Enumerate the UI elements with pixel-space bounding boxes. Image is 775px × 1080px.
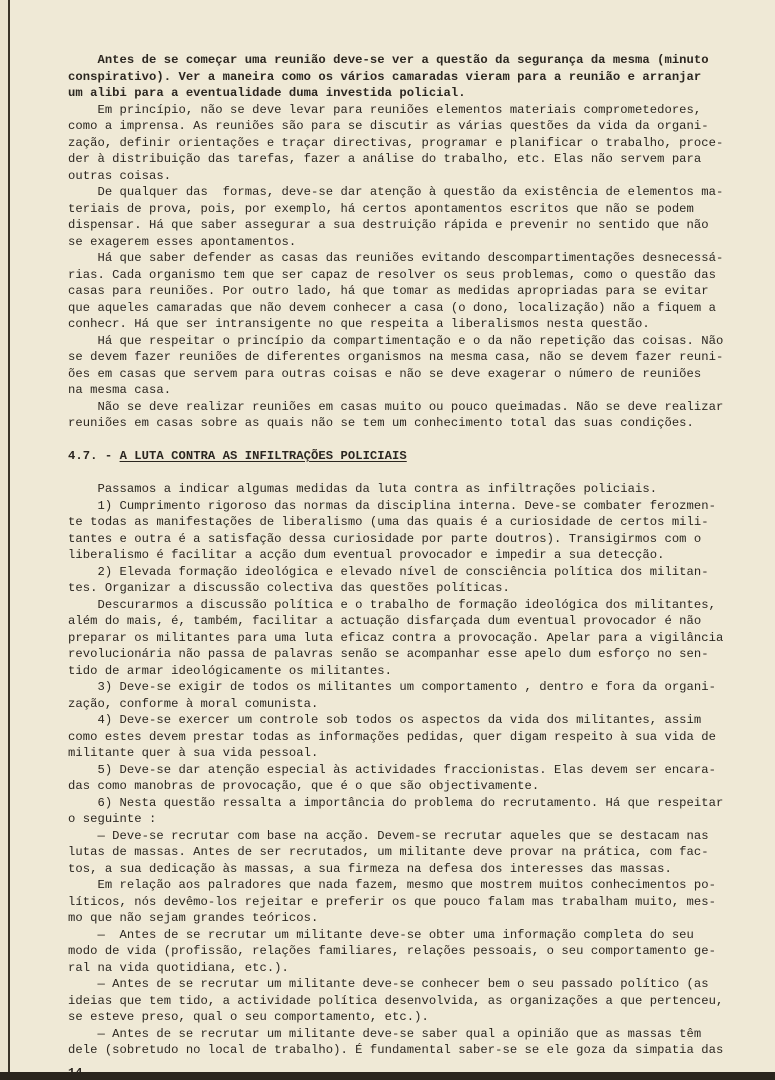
text-line: ões em casas que servem para outras cois…	[68, 366, 748, 383]
text-line: tes. Organizar a discussão colectiva das…	[68, 580, 748, 597]
text-line: Passamos a indicar algumas medidas da lu…	[68, 481, 748, 498]
text-line: preparar os militantes para uma luta efi…	[68, 630, 748, 647]
text-line: De qualquer das formas, deve-se dar aten…	[68, 184, 748, 201]
text-line: tantes e outra é a satisfação dessa curi…	[68, 531, 748, 548]
text-line: 2) Elevada formação ideológica e elevado…	[68, 564, 748, 581]
text-line: — Antes de se recrutar um militante deve…	[68, 1026, 748, 1043]
text-line: além do mais, é, também, facilitar a act…	[68, 613, 748, 630]
text-line: se exagerem esses apontamentos.	[68, 234, 748, 251]
text-line: outras coisas.	[68, 168, 748, 185]
text-line: der à distribuição das tarefas, fazer a …	[68, 151, 748, 168]
text-line: líticos, nós devêmo-los rejeitar e prefe…	[68, 894, 748, 911]
text-line: Há que saber defender as casas das reuni…	[68, 250, 748, 267]
text-line: — Deve-se recrutar com base na acção. De…	[68, 828, 748, 845]
text-line: na mesma casa.	[68, 382, 748, 399]
text-line: ral na vida quotidiana, etc.).	[68, 960, 748, 977]
text-line: 4) Deve-se exercer um controle sob todos…	[68, 712, 748, 729]
text-line: — Antes de se recrutar um militante deve…	[68, 976, 748, 993]
section-security-meetings: Antes de se começar uma reunião deve-se …	[68, 52, 748, 432]
text-line: reuniões em casas sobre as quais não se …	[68, 415, 748, 432]
section-title: A LUTA CONTRA AS INFILTRAÇÕES POLICIAIS	[120, 449, 407, 463]
text-line: 3) Deve-se exigir de todos os militantes…	[68, 679, 748, 696]
text-line: militante quer à sua vida pessoal.	[68, 745, 748, 762]
text-line: como a imprensa. As reuniões são para se…	[68, 118, 748, 135]
text-line: Antes de se começar uma reunião deve-se …	[68, 52, 748, 69]
text-line: Em relação aos palradores que nada fazem…	[68, 877, 748, 894]
section-number: 4.7. -	[68, 449, 112, 463]
text-line: conspirativo). Ver a maneira como os vár…	[68, 69, 748, 86]
text-line: como estes devem prestar todas as inform…	[68, 729, 748, 746]
text-line: 5) Deve-se dar atenção especial às activ…	[68, 762, 748, 779]
text-line: Em princípio, não se deve levar para reu…	[68, 102, 748, 119]
text-line: modo de vida (profissão, relações famili…	[68, 943, 748, 960]
text-line: dele (sobretudo no local de trabalho). É…	[68, 1042, 748, 1059]
text-line: conhecr. Há que ser intransigente no que…	[68, 316, 748, 333]
text-line: Não se deve realizar reuniões em casas m…	[68, 399, 748, 416]
text-line: mo que não sejam grandes teóricos.	[68, 910, 748, 927]
text-line: das como manobras de provocação, que é o…	[68, 778, 748, 795]
text-line: o seguinte :	[68, 811, 748, 828]
document-body: Antes de se começar uma reunião deve-se …	[68, 52, 748, 1059]
page-bottom-edge	[0, 1072, 775, 1080]
text-line: rias. Cada organismo tem que ser capaz d…	[68, 267, 748, 284]
text-line: zação, conforme à moral comunista.	[68, 696, 748, 713]
text-line: lutas de massas. Antes de ser recrutados…	[68, 844, 748, 861]
section-heading: 4.7. - A LUTA CONTRA AS INFILTRAÇÕES POL…	[68, 448, 748, 465]
text-line: um alibi para a eventualidade duma inves…	[68, 85, 748, 102]
text-line: se devem fazer reuniões de diferentes or…	[68, 349, 748, 366]
section-police-infiltration: Passamos a indicar algumas medidas da lu…	[68, 481, 748, 1059]
text-line: tos, a sua dedicação às massas, a sua fi…	[68, 861, 748, 878]
text-line: zação, definir orientações e traçar dire…	[68, 135, 748, 152]
text-line: Há que respeitar o princípio da comparti…	[68, 333, 748, 350]
document-page: Antes de se começar uma reunião deve-se …	[8, 0, 775, 1072]
text-line: 1) Cumprimento rigoroso das normas da di…	[68, 498, 748, 515]
text-line: te todas as manifestações de liberalismo…	[68, 514, 748, 531]
text-line: Descurarmos a discussão política e o tra…	[68, 597, 748, 614]
text-line: revolucionária não passa de palavras sen…	[68, 646, 748, 663]
text-line: que aqueles camaradas que não devem conh…	[68, 300, 748, 317]
text-line: ideias que tem tido, a actividade políti…	[68, 993, 748, 1010]
text-line: teriais de prova, pois, por exemplo, há …	[68, 201, 748, 218]
text-line: se esteve preso, qual o seu comportament…	[68, 1009, 748, 1026]
text-line: dispensar. Há que saber assegurar a sua …	[68, 217, 748, 234]
text-line: tido de armar ideológicamente os militan…	[68, 663, 748, 680]
text-line: 6) Nesta questão ressalta a importância …	[68, 795, 748, 812]
text-line: — Antes de se recrutar um militante deve…	[68, 927, 748, 944]
text-line: casas para reuniões. Por outro lado, há …	[68, 283, 748, 300]
text-line: liberalismo é facilitar a acção dum even…	[68, 547, 748, 564]
